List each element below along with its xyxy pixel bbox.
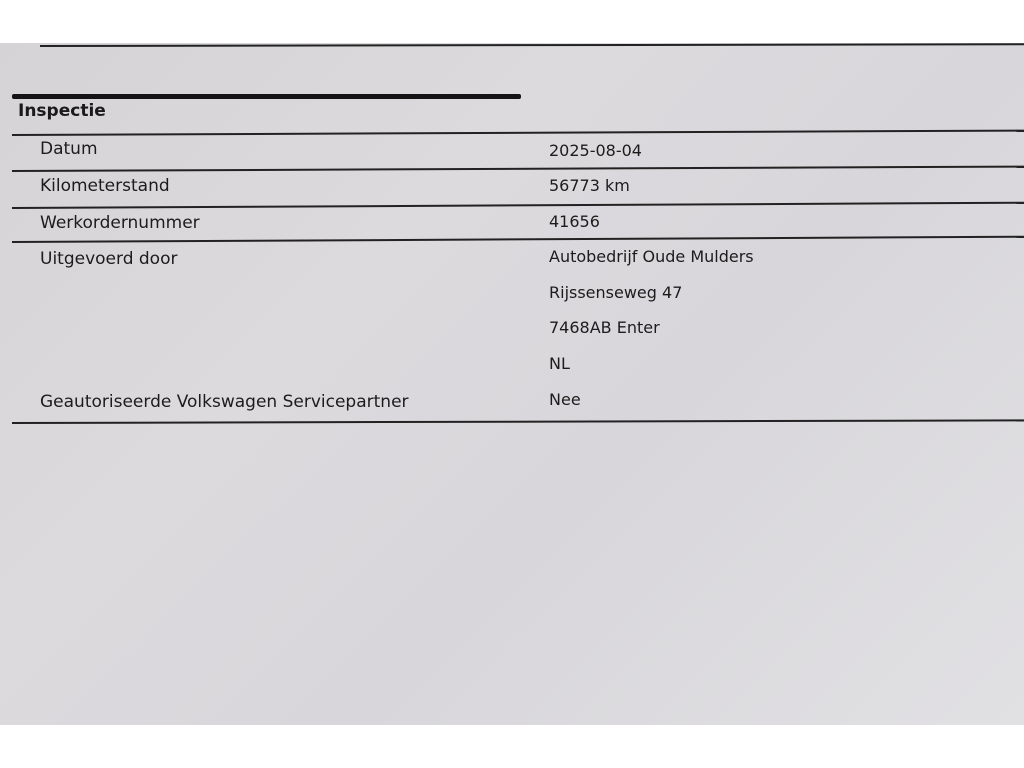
label-servicepartner: Geautoriseerde Volkswagen Servicepartner: [40, 392, 409, 412]
divider: [12, 202, 1024, 209]
value-street: Rijssenseweg 47: [549, 283, 682, 302]
value-country: NL: [549, 354, 570, 373]
divider: [12, 130, 1024, 136]
value-postcode-city: 7468AB Enter: [549, 318, 660, 337]
value-servicepartner: Nee: [549, 390, 581, 409]
document-photo: Inspectie Datum 2025-08-04 Kilometerstan…: [0, 43, 1024, 725]
value-werkordernummer: 41656: [549, 212, 600, 231]
section-title: Inspectie: [18, 101, 106, 121]
divider: [12, 166, 1024, 172]
label-werkordernummer: Werkordernummer: [40, 213, 200, 233]
section-divider: [12, 94, 521, 99]
divider: [12, 419, 1024, 423]
value-company: Autobedrijf Oude Mulders: [549, 247, 754, 266]
label-uitgevoerd-door: Uitgevoerd door: [40, 249, 177, 269]
value-kilometerstand: 56773 km: [549, 176, 630, 195]
label-datum: Datum: [40, 139, 98, 159]
value-datum: 2025-08-04: [549, 141, 642, 160]
divider: [40, 43, 1024, 46]
label-kilometerstand: Kilometerstand: [40, 176, 170, 196]
divider: [12, 236, 1024, 243]
